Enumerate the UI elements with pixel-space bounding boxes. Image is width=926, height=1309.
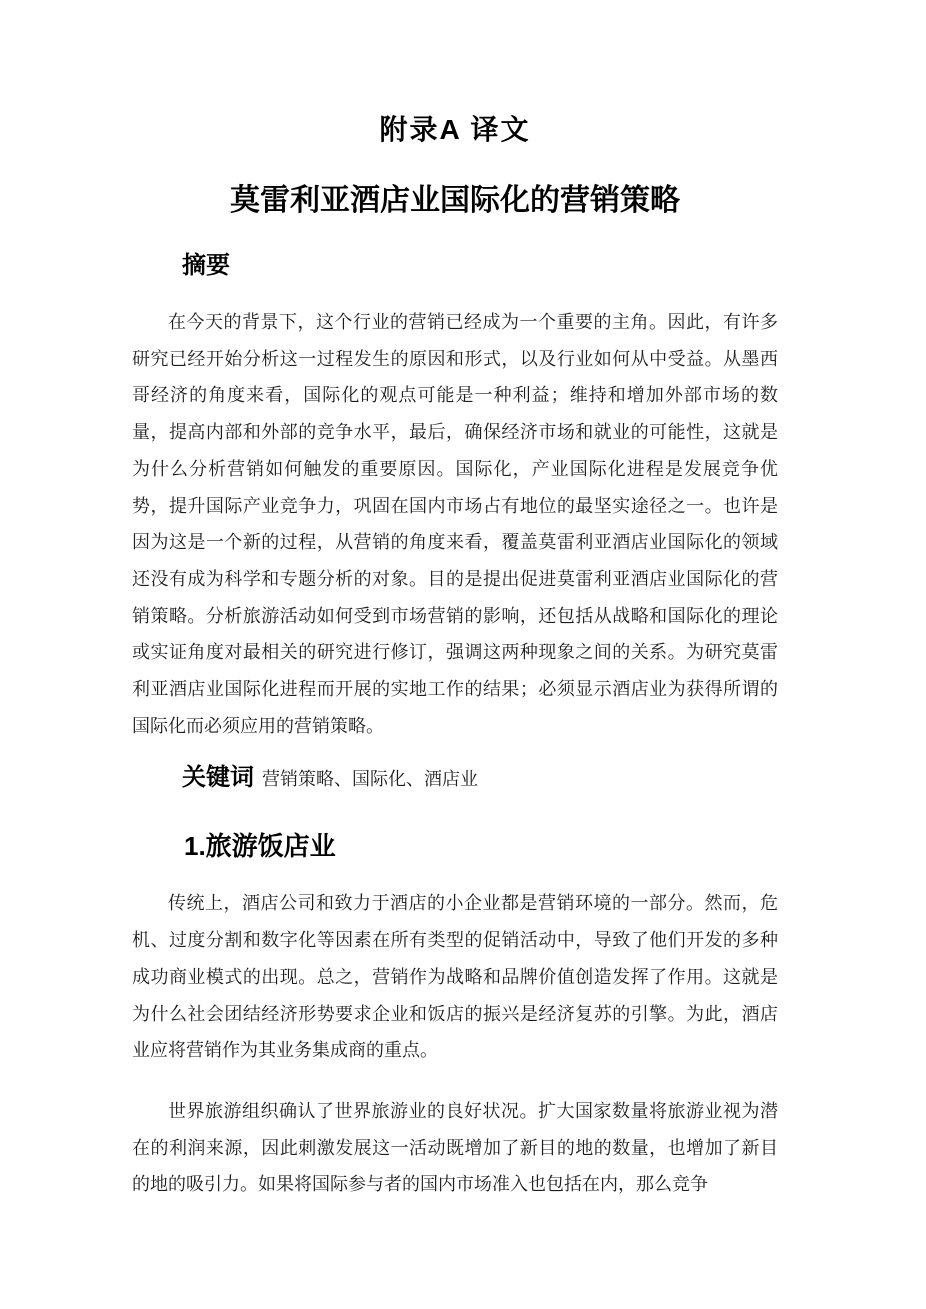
keywords-line: 关键词营销策略、国际化、酒店业 bbox=[182, 762, 778, 797]
appendix-title: 附录A 译文 bbox=[132, 110, 778, 150]
document-page: 附录A 译文 莫雷利亚酒店业国际化的营销策略 摘要 在今天的背景下，这个行业的营… bbox=[0, 0, 926, 1309]
section1-paragraph-2: 世界旅游组织确认了世界旅游业的良好状况。扩大国家数量将旅游业视为潜在的利润来源，… bbox=[132, 1093, 778, 1203]
section1-paragraph-1: 传统上，酒店公司和致力于酒店的小企业都是营销环境的一部分。然而，危机、过度分割和… bbox=[132, 885, 778, 1069]
keywords-label: 关键词 bbox=[182, 764, 254, 791]
translation-title: 莫雷利亚酒店业国际化的营销策略 bbox=[132, 180, 778, 222]
keywords-text: 营销策略、国际化、酒店业 bbox=[262, 769, 478, 789]
section1-heading: 1.旅游饭店业 bbox=[184, 829, 778, 863]
abstract-paragraph: 在今天的背景下，这个行业的营销已经成为一个重要的主角。因此，有许多研究已经开始分… bbox=[132, 304, 778, 744]
abstract-heading: 摘要 bbox=[182, 250, 778, 282]
